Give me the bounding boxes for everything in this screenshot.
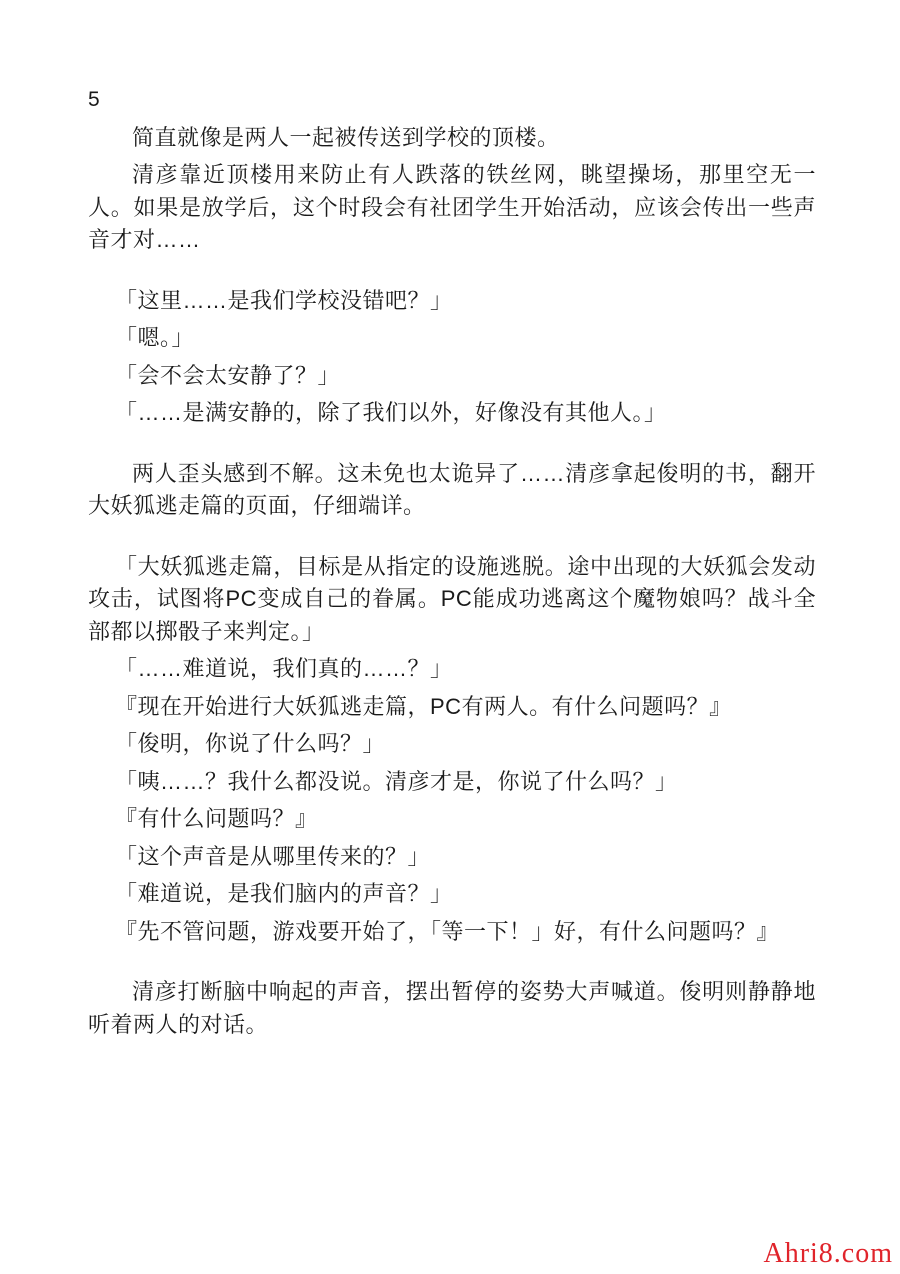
- dialogue-line: 「难道说，是我们脑内的声音？」: [88, 878, 816, 911]
- dialogue-line: 『先不管问题，游戏要开始了，「等一下！」好，有什么问题吗？』: [88, 916, 816, 949]
- narration-paragraph: 简直就像是两人一起被传送到学校的顶楼。: [88, 122, 816, 155]
- paragraph-list: 简直就像是两人一起被传送到学校的顶楼。清彦靠近顶楼用来防止有人跌落的铁丝网，眺望…: [88, 122, 816, 1042]
- dialogue-line: 「……是满安静的，除了我们以外，好像没有其他人。」: [88, 397, 816, 430]
- dialogue-line: 「这个声音是从哪里传来的？」: [88, 841, 816, 874]
- page-number: 5: [88, 84, 816, 117]
- watermark: Ahri8.com: [763, 1240, 893, 1268]
- dialogue-line: 「会不会太安静了？」: [88, 360, 816, 393]
- narration-paragraph: 清彦靠近顶楼用来防止有人跌落的铁丝网，眺望操场，那里空无一人。如果是放学后，这个…: [88, 159, 816, 257]
- dialogue-line: 「大妖狐逃走篇，目标是从指定的设施逃脱。途中出现的大妖狐会发动攻击，试图将PC变…: [88, 551, 816, 649]
- dialogue-line: 『现在开始进行大妖狐逃走篇，PC有两人。有什么问题吗？』: [88, 691, 816, 724]
- dialogue-line: 「这里……是我们学校没错吧？」: [88, 285, 816, 318]
- dialogue-line: 「咦……？我什么都没说。清彦才是，你说了什么吗？」: [88, 766, 816, 799]
- dialogue-line: 「俊明，你说了什么吗？」: [88, 728, 816, 761]
- dialogue-line: 「……难道说，我们真的……？」: [88, 653, 816, 686]
- page-content: 5 简直就像是两人一起被传送到学校的顶楼。清彦靠近顶楼用来防止有人跌落的铁丝网，…: [88, 84, 816, 1041]
- dialogue-line: 「嗯。」: [88, 322, 816, 355]
- dialogue-line: 『有什么问题吗？』: [88, 803, 816, 836]
- narration-paragraph: 清彦打断脑中响起的声音，摆出暂停的姿势大声喊道。俊明则静静地听着两人的对话。: [88, 976, 816, 1041]
- document-page: 5 简直就像是两人一起被传送到学校的顶楼。清彦靠近顶楼用来防止有人跌落的铁丝网，…: [0, 0, 900, 1274]
- narration-paragraph: 两人歪头感到不解。这未免也太诡异了……清彦拿起俊明的书，翻开大妖狐逃走篇的页面，…: [88, 458, 816, 523]
